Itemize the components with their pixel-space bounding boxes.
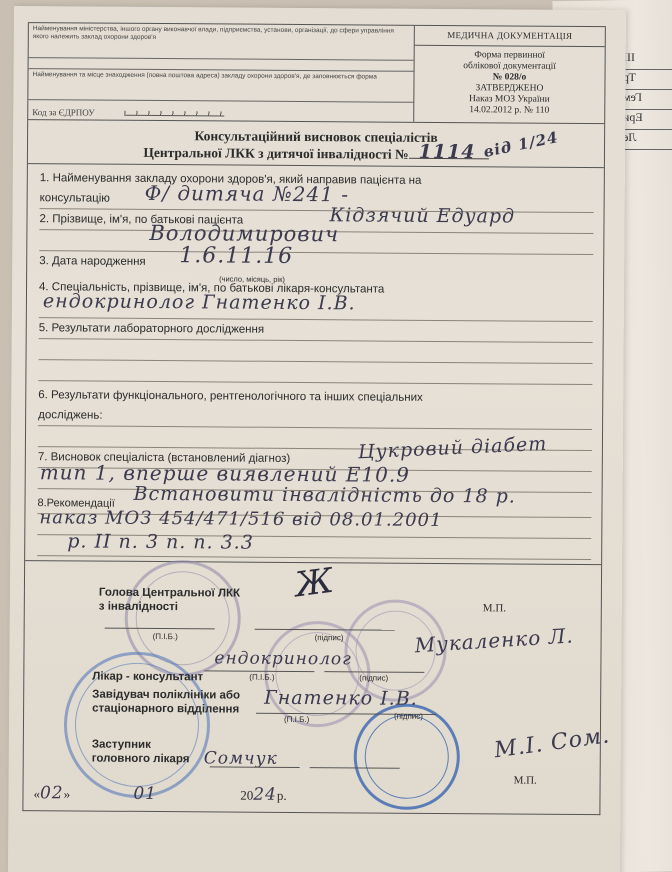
field-4-value: ендокринолог Гнатенко І.В. — [43, 291, 356, 313]
field-8-line3[interactable]: р. II п. 3 п. п. 3.3 — [37, 535, 591, 560]
form-approval-block: МЕДИЧНА ДОКУМЕНТАЦІЯ Форма первинної обл… — [414, 26, 605, 123]
field-8-value1: Встановити інвалідність до 18 р. — [134, 484, 516, 507]
title-line2: Центральної ЛКК з дитячої інвалідності № — [143, 145, 408, 162]
edrpou-code-boxes — [125, 109, 225, 117]
head-mp-label: М.П. — [483, 602, 506, 614]
chief-signature-caption: (підпис) — [394, 712, 423, 721]
consultant-label: Лікар - консультант — [92, 670, 203, 685]
head-label: Голова Центральної ЛКК з інвалідності — [99, 586, 240, 615]
field-5-label: 5. Результати лабораторного дослідження — [39, 322, 264, 336]
consultation-box: Консультаційний висновок спеціалістів Це… — [22, 120, 605, 815]
field-6-label2: досліджень: — [38, 409, 103, 421]
chief-pib-caption: (П.І.Б.) — [284, 715, 309, 724]
field-3-label: 3. Дата народження — [39, 255, 146, 268]
deputy-label-line1: Заступник — [92, 738, 190, 753]
field-2-value1: Кідзячий Едуард — [329, 205, 515, 226]
field-2-value2: Володимирович — [149, 223, 339, 244]
chief-label-line1: Завідувач поліклініки або — [92, 688, 240, 703]
ministry-caption: Найменування міністерства, іншого органу… — [29, 23, 414, 61]
chief-label-line2: стаціонарного відділення — [92, 702, 240, 717]
date-row[interactable]: «02» 01 2024р. — [33, 783, 286, 805]
field-8-value3: р. II п. 3 п. п. 3.3 — [67, 531, 254, 552]
deputy-mp-label: М.П. — [514, 775, 537, 787]
form-number: № 028/о — [463, 72, 556, 84]
head-signature: Ж — [293, 561, 336, 606]
date-suffix: р. — [277, 788, 287, 803]
head-signature-caption: (підпис) — [315, 633, 344, 642]
edrpou-label: Код за ЄДРПОУ — [32, 107, 94, 117]
consultant-pib-caption: (П.І.Б.) — [249, 673, 274, 682]
date-year: 24 — [253, 785, 277, 805]
chief-label: Завідувач поліклініки або стаціонарного … — [92, 688, 240, 717]
consultant-signature-caption: (підпис) — [359, 673, 388, 682]
field-7-value2: тип 1, вперше виявлений Е10.9 — [40, 462, 410, 485]
order-date: 14.02.2012 р. № 110 — [463, 105, 556, 117]
order-label: Наказ МОЗ України — [463, 94, 556, 106]
approved-label: ЗАТВЕРДЖЕНО — [463, 83, 556, 95]
deputy-label-line2: головного лікаря — [92, 752, 190, 767]
deputy-signature: М.І. Сом. — [493, 723, 612, 763]
title-number-handwritten: 1114 — [419, 144, 476, 161]
head-label-line1: Голова Центральної ЛКК — [99, 586, 240, 601]
deputy-label: Заступник головного лікаря — [92, 738, 190, 767]
field-1-label2: консультацію — [40, 192, 110, 204]
date-day: 02 — [40, 783, 64, 803]
chief-value: Гнатенко І.В. — [264, 687, 418, 710]
field-3[interactable]: 3. Дата народження 1.6.11.16 (число, міс… — [39, 251, 593, 281]
form-line2: облікової документації — [463, 61, 556, 73]
document-title: Консультаційний висновок спеціалістів Це… — [28, 120, 604, 168]
field-3-value: 1.6.11.16 — [179, 246, 293, 267]
med-doc-label: МЕДИЧНА ДОКУМЕНТАЦІЯ — [415, 26, 605, 47]
field-1-value: Ф/ дитяча №241 - — [145, 183, 350, 204]
institution-block: Найменування міністерства, іншого органу… — [28, 23, 415, 122]
form-header: Найменування міністерства, іншого органу… — [27, 22, 606, 124]
medical-form-sheet: Найменування міністерства, іншого органу… — [8, 6, 626, 872]
date-year-prefix: 20 — [240, 788, 253, 803]
field-5-line3[interactable] — [38, 360, 592, 385]
head-label-line2: з інвалідності — [99, 600, 240, 615]
bg-fragment: Ле — [617, 130, 672, 150]
field-8-value2: наказ МОЗ 454/471/516 від 08.01.2001 — [39, 508, 442, 531]
consultant-value: ендокринолог — [214, 648, 351, 669]
edrpou-row: Код за ЄДРПОУ — [28, 100, 413, 122]
date-month: 01 — [133, 784, 157, 804]
form-line1: Форма первинної — [463, 50, 556, 62]
institution-caption: Найменування та місце знаходження (повна… — [28, 69, 413, 103]
form-028o: Найменування міністерства, іншого органу… — [22, 22, 605, 815]
head-pib-caption: (П.І.Б.) — [153, 632, 178, 641]
signature-block: Голова Центральної ЛКК з інвалідності (П… — [23, 560, 601, 814]
